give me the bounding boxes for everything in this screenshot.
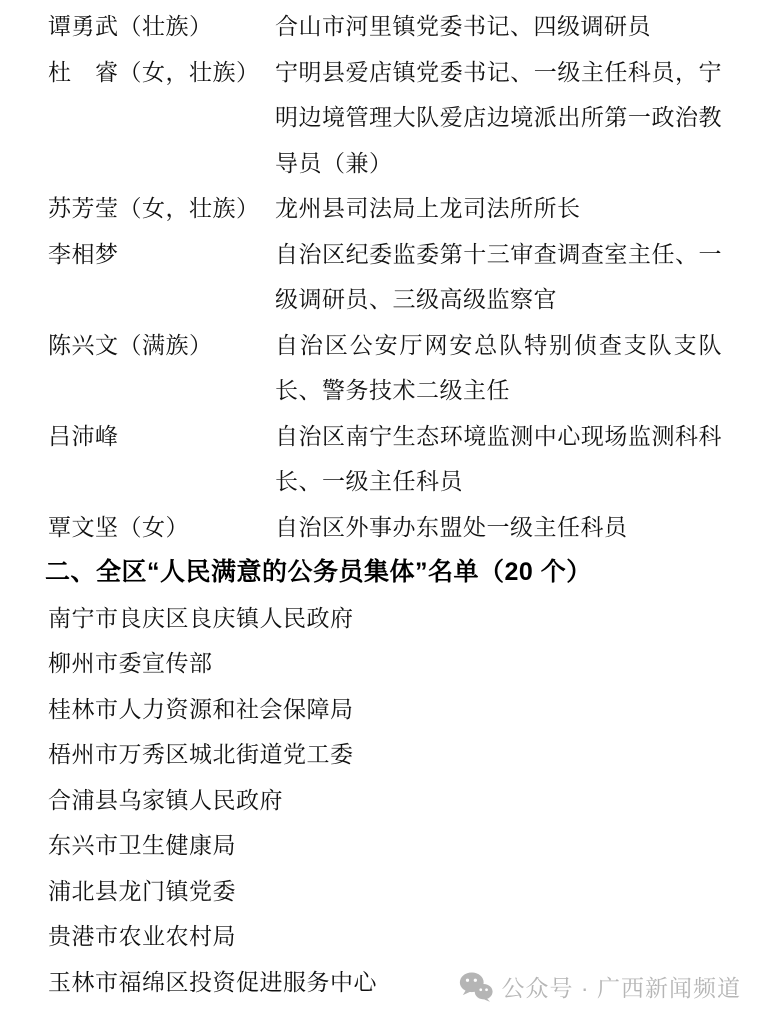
awardee-row: 覃文坚（女） 自治区外事办东盟处一级主任科员 (48, 505, 722, 551)
awardee-position: 自治区公安厅网安总队特别侦查支队支队长、警务技术二级主任 (275, 323, 722, 414)
awardee-position: 自治区南宁生态环境监测中心现场监测科科长、一级主任科员 (275, 414, 722, 505)
collective-item: 东兴市卫生健康局 (48, 823, 722, 869)
awardee-row: 谭勇武（壮族） 合山市河里镇党委书记、四级调研员 (48, 4, 722, 50)
awardee-name: 吕沛峰 (48, 414, 275, 460)
awardee-name: 陈兴文（满族） (48, 323, 275, 369)
document-body: 谭勇武（壮族） 合山市河里镇党委书记、四级调研员 杜 睿（女，壮族） 宁明县爱店… (48, 4, 722, 1005)
section-heading: 二、全区“人民满意的公务员集体”名单（20 个） (45, 550, 722, 596)
awardee-row: 李相梦 自治区纪委监委第十三审查调查室主任、一级调研员、三级高级监察官 (48, 232, 722, 323)
awardee-position: 宁明县爱店镇党委书记、一级主任科员，宁明边境管理大队爱店边境派出所第一政治教导员… (275, 50, 722, 187)
awardee-row: 陈兴文（满族） 自治区公安厅网安总队特别侦查支队支队长、警务技术二级主任 (48, 323, 722, 414)
collective-item: 梧州市万秀区城北街道党工委 (48, 732, 722, 778)
awardee-row: 苏芳莹（女，壮族） 龙州县司法局上龙司法所所长 (48, 186, 722, 232)
awardee-row: 吕沛峰 自治区南宁生态环境监测中心现场监测科科长、一级主任科员 (48, 414, 722, 505)
awardee-row: 杜 睿（女，壮族） 宁明县爱店镇党委书记、一级主任科员，宁明边境管理大队爱店边境… (48, 50, 722, 187)
awardee-position: 自治区纪委监委第十三审查调查室主任、一级调研员、三级高级监察官 (275, 232, 722, 323)
awardee-position: 龙州县司法局上龙司法所所长 (275, 186, 722, 232)
collective-item: 贵港市农业农村局 (48, 914, 722, 960)
collective-item: 浦北县龙门镇党委 (48, 869, 722, 915)
awardee-position: 自治区外事办东盟处一级主任科员 (275, 505, 722, 551)
collective-item: 桂林市人力资源和社会保障局 (48, 687, 722, 733)
awardee-name: 谭勇武（壮族） (48, 4, 275, 50)
wechat-icon (459, 971, 493, 1003)
collective-item: 南宁市良庆区良庆镇人民政府 (48, 596, 722, 642)
awardee-name: 覃文坚（女） (48, 505, 275, 551)
awardee-name: 杜 睿（女，壮族） (48, 50, 275, 96)
awardee-name: 苏芳莹（女，壮族） (48, 186, 275, 232)
public-account-watermark: 公众号 · 广西新闻频道 (459, 970, 741, 1003)
collective-item: 合浦县乌家镇人民政府 (48, 778, 722, 824)
awardee-position: 合山市河里镇党委书记、四级调研员 (275, 4, 722, 50)
watermark-label: 公众号 · 广西新闻频道 (502, 970, 741, 1003)
document-page: 谭勇武（壮族） 合山市河里镇党委书记、四级调研员 杜 睿（女，壮族） 宁明县爱店… (0, 0, 765, 1013)
collective-item: 柳州市委宣传部 (48, 641, 722, 687)
awardee-name: 李相梦 (48, 232, 275, 278)
